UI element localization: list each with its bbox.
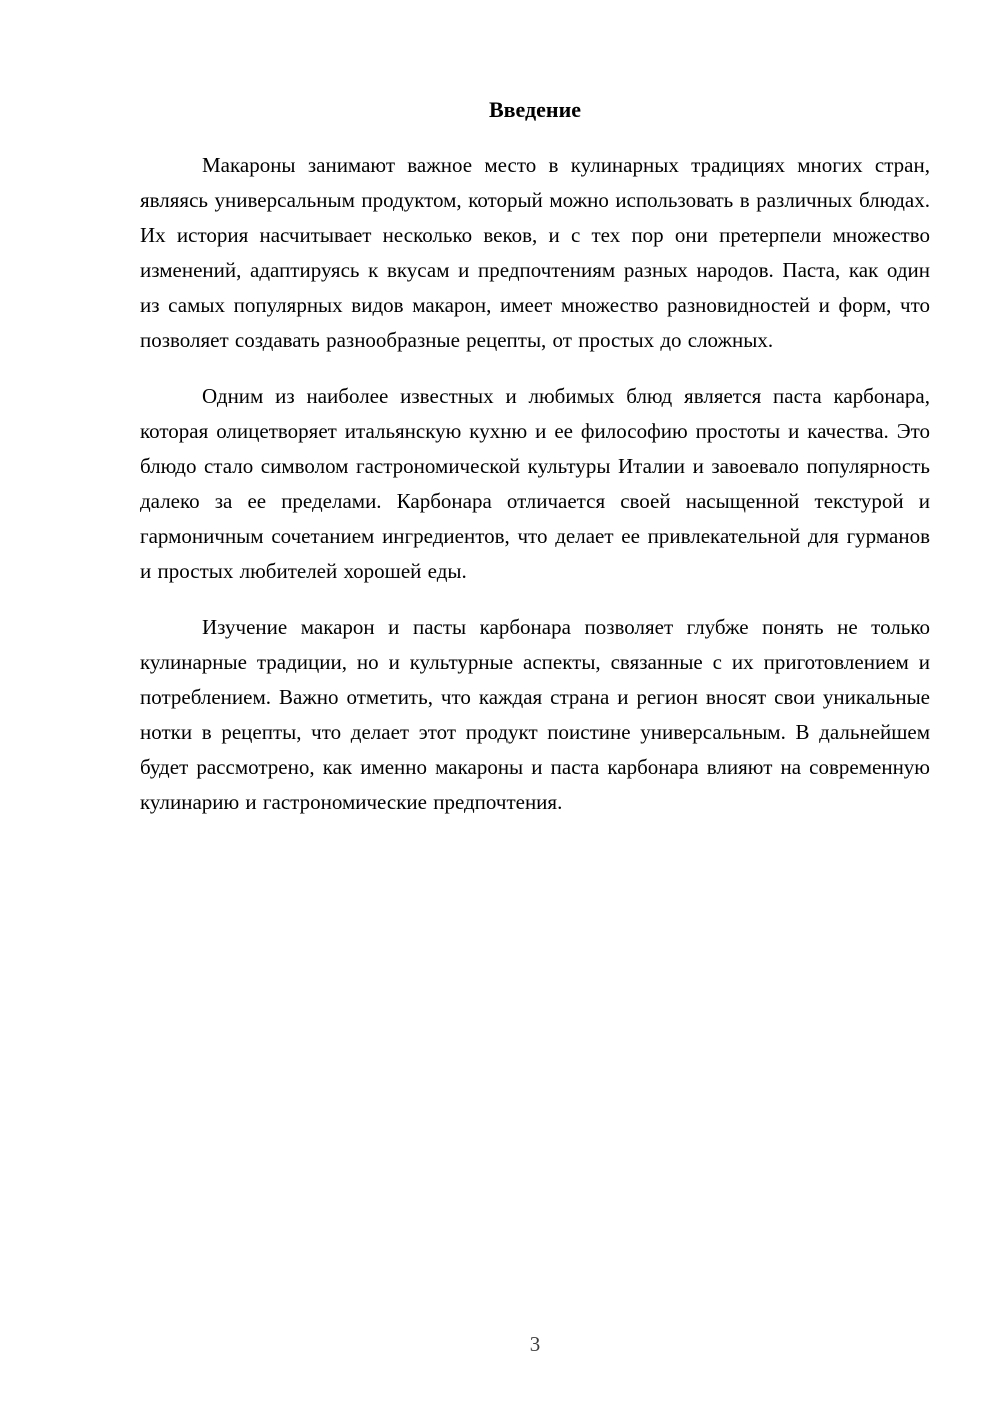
page-number: 3 — [140, 1330, 930, 1358]
paragraph-intro-2: Одним из наиболее известных и любимых бл… — [140, 379, 930, 589]
document-content: Введение Макароны занимают важное место … — [140, 96, 930, 841]
paragraph-intro-3: Изучение макарон и пасты карбонара позво… — [140, 610, 930, 820]
page-title: Введение — [140, 96, 930, 124]
document-page: Введение Макароны занимают важное место … — [0, 0, 1000, 1414]
paragraph-intro-1: Макароны занимают важное место в кулинар… — [140, 148, 930, 358]
